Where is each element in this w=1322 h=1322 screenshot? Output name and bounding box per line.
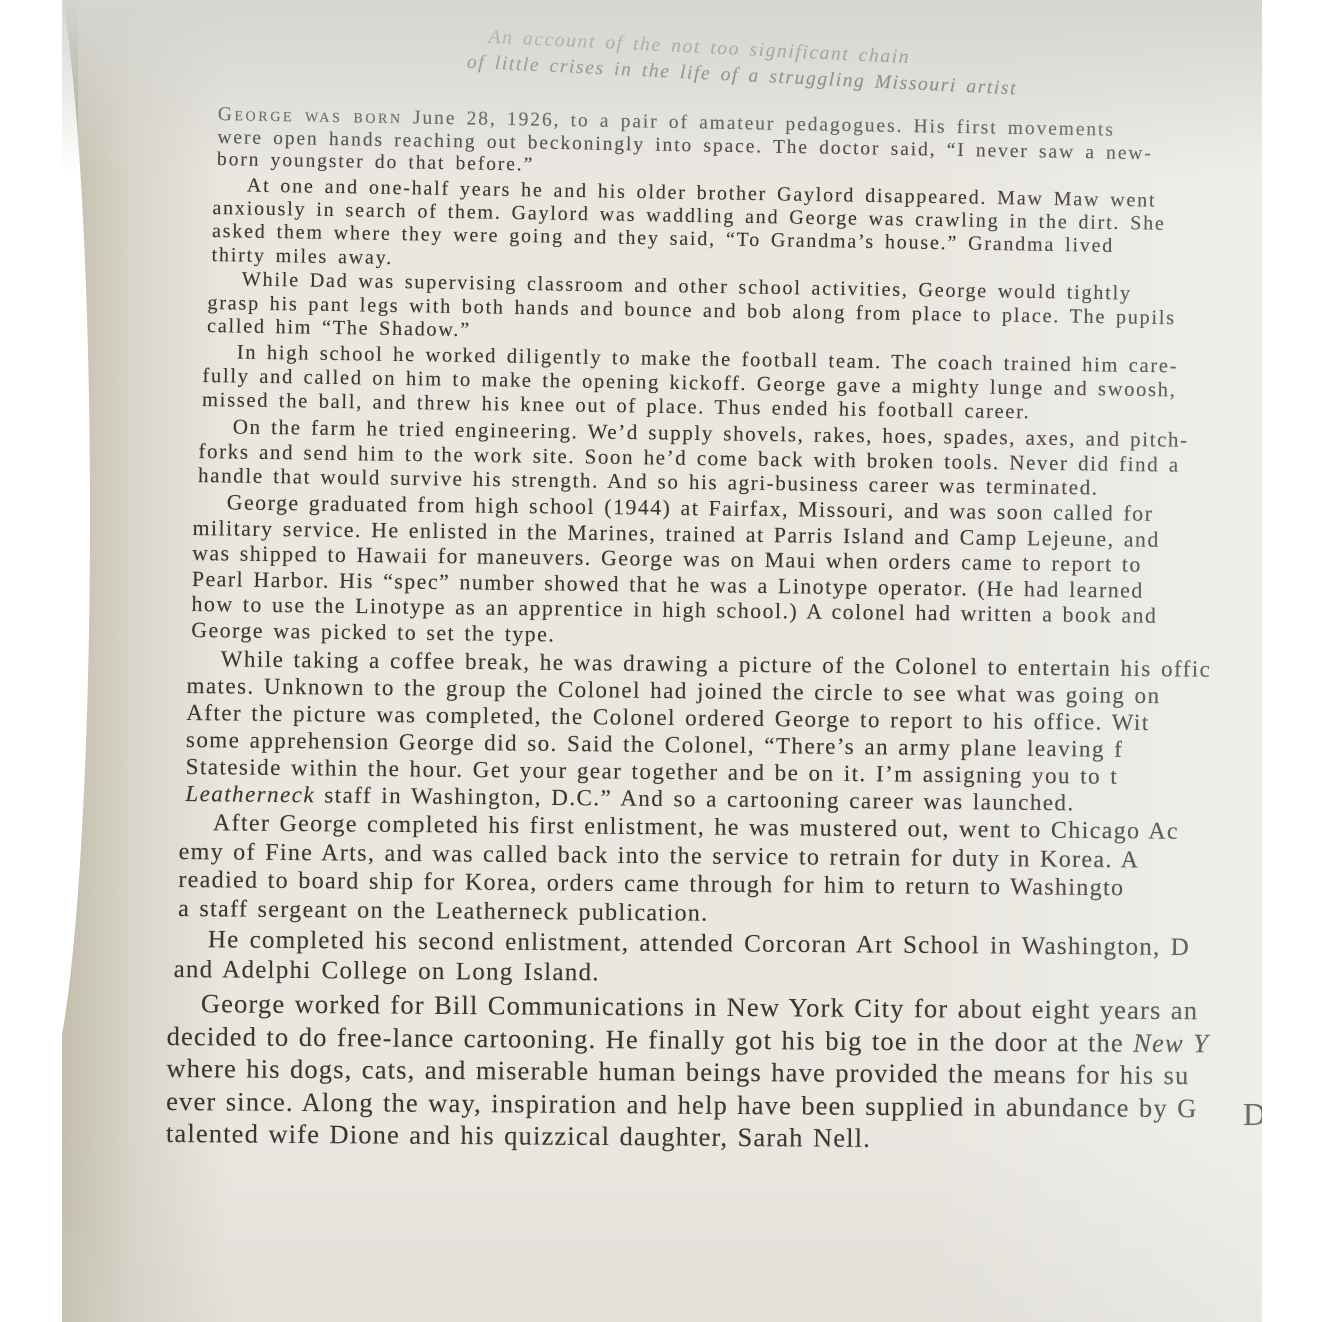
text-segment: George worked for Bill Communications in…: [201, 988, 1198, 1025]
text-segment: talented wife Dione and his quizzical da…: [166, 1118, 871, 1153]
text-segment: New Y: [1133, 1027, 1209, 1058]
paragraph: He completed his second enlistment, atte…: [174, 925, 1262, 994]
text-segment: decided to do free-lance cartooning. He …: [167, 1020, 1134, 1057]
paragraph: While Dad was supervising classroom and …: [207, 268, 1262, 355]
text-segment: Leatherneck: [185, 781, 315, 807]
paragraph: While taking a coffee break, he was draw…: [185, 645, 1262, 818]
text-segment: born youngster do that before.”: [217, 149, 534, 176]
biography-text: George was born June 28, 1926, to a pair…: [62, 104, 1262, 1151]
signoff-initial: D: [1243, 1096, 1262, 1133]
text-segment: ever since. Along the way, inspiration a…: [166, 1085, 1197, 1122]
epigraph: An account of the not too significant ch…: [320, 16, 1122, 107]
paragraph: George worked for Bill Communications in…: [166, 987, 1262, 1157]
text-segment: George was picked to set the type.: [191, 617, 555, 645]
paragraph: In high school he worked diligently to m…: [202, 341, 1262, 428]
text-segment: called him “The Shadow.”: [207, 315, 471, 341]
paragraph: George graduated from high school (1944)…: [191, 490, 1262, 656]
text-segment: a staff sergeant on the Leatherneck publ…: [178, 895, 709, 926]
text-segment: and Adelphi College on Long Island.: [174, 956, 600, 986]
screenshot: An account of the not too significant ch…: [0, 0, 1322, 1322]
book-page-photo: An account of the not too significant ch…: [62, 0, 1262, 1322]
text-segment: George was born: [218, 104, 403, 128]
paragraph: After George completed his first enlistm…: [178, 809, 1262, 932]
paragraph: At one and one-half years he and his old…: [211, 174, 1261, 284]
text-segment: where his dogs, cats, and miserable huma…: [166, 1053, 1189, 1090]
text-segment: thirty miles away.: [211, 243, 393, 268]
paragraph: On the farm he tried engineering. We’d s…: [198, 414, 1262, 502]
